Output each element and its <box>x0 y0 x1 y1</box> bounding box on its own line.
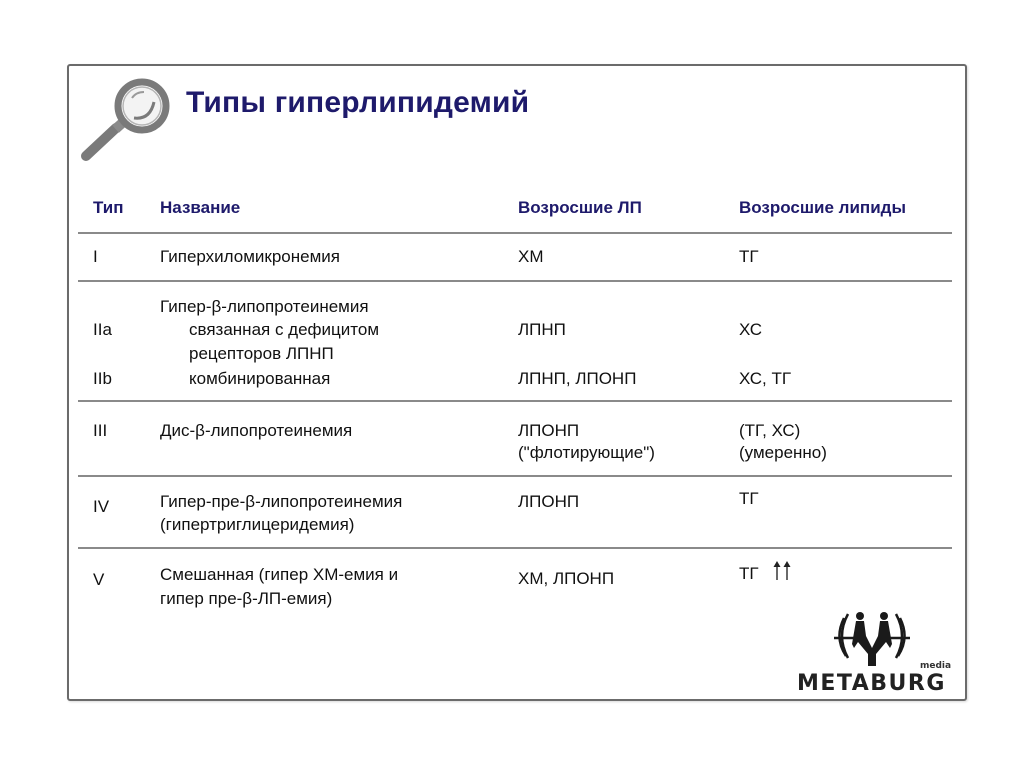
row-4-lipids: ТГ <box>739 487 759 510</box>
header-lp: Возросшие ЛП <box>518 198 642 218</box>
row-5-name-line1: Смешанная (гипер ХМ-емия и <box>160 563 398 586</box>
row-1-lp: ХМ <box>518 245 544 268</box>
row-1-name: Гиперхиломикронемия <box>160 245 340 268</box>
header-divider <box>78 232 952 234</box>
row-2-name-line1: Гипер-β-липопротеинемия <box>160 295 369 318</box>
row-5-lipids-text: ТГ <box>739 564 759 583</box>
double-up-arrow-icon <box>771 561 793 581</box>
row-2b-lipids: ХС, ТГ <box>739 367 791 390</box>
logo-wordmark: METABURG <box>797 671 946 696</box>
row-5-lipids: ТГ <box>739 561 793 585</box>
row-2a-lp: ЛПНП <box>518 318 566 341</box>
row-5-type: V <box>93 568 104 591</box>
header-type: Тип <box>93 198 123 218</box>
row-2a-lipids: ХС <box>739 318 762 341</box>
row-1-lipids: ТГ <box>739 245 759 268</box>
row-5-name-line2: гипер пре-β-ЛП-емия) <box>160 587 332 610</box>
header-lipids: Возросшие липиды <box>739 198 906 218</box>
row-2b-type: IIb <box>93 367 112 390</box>
row-3-lp-line1: ЛПОНП <box>518 419 579 442</box>
row-3-type: III <box>93 419 107 442</box>
row-divider <box>78 280 952 282</box>
row-3-lp-line2: ("флотирующие") <box>518 441 655 464</box>
row-2-name-line2: связанная с дефицитом <box>160 318 379 341</box>
row-divider <box>78 475 952 477</box>
row-5-lp: ХМ, ЛПОНП <box>518 567 614 590</box>
row-3-lipids-line2: (умеренно) <box>739 441 827 464</box>
row-2b-lp: ЛПНП, ЛПОНП <box>518 367 636 390</box>
magnifier-icon <box>76 76 176 166</box>
row-divider <box>78 547 952 549</box>
row-1-type: I <box>93 245 98 268</box>
row-2-name-line4: комбинированная <box>160 367 330 390</box>
row-3-name: Дис-β-липопротеинемия <box>160 419 352 442</box>
row-divider <box>78 400 952 402</box>
logo-media-text: media <box>920 661 951 671</box>
row-4-name-line1: Гипер-пре-β-липопротеинемия <box>160 490 402 513</box>
row-2-name-line3: рецепторов ЛПНП <box>160 342 334 365</box>
row-4-type: IV <box>93 495 109 518</box>
row-4-lp: ЛПОНП <box>518 490 579 513</box>
header-name: Название <box>160 198 240 218</box>
row-2a-type: IIa <box>93 318 112 341</box>
row-3-lipids-line1: (ТГ, ХС) <box>739 419 800 442</box>
slide-title: Типы гиперлипидемий <box>186 86 529 120</box>
row-4-name-line2: (гипертриглицеридемия) <box>160 513 354 536</box>
